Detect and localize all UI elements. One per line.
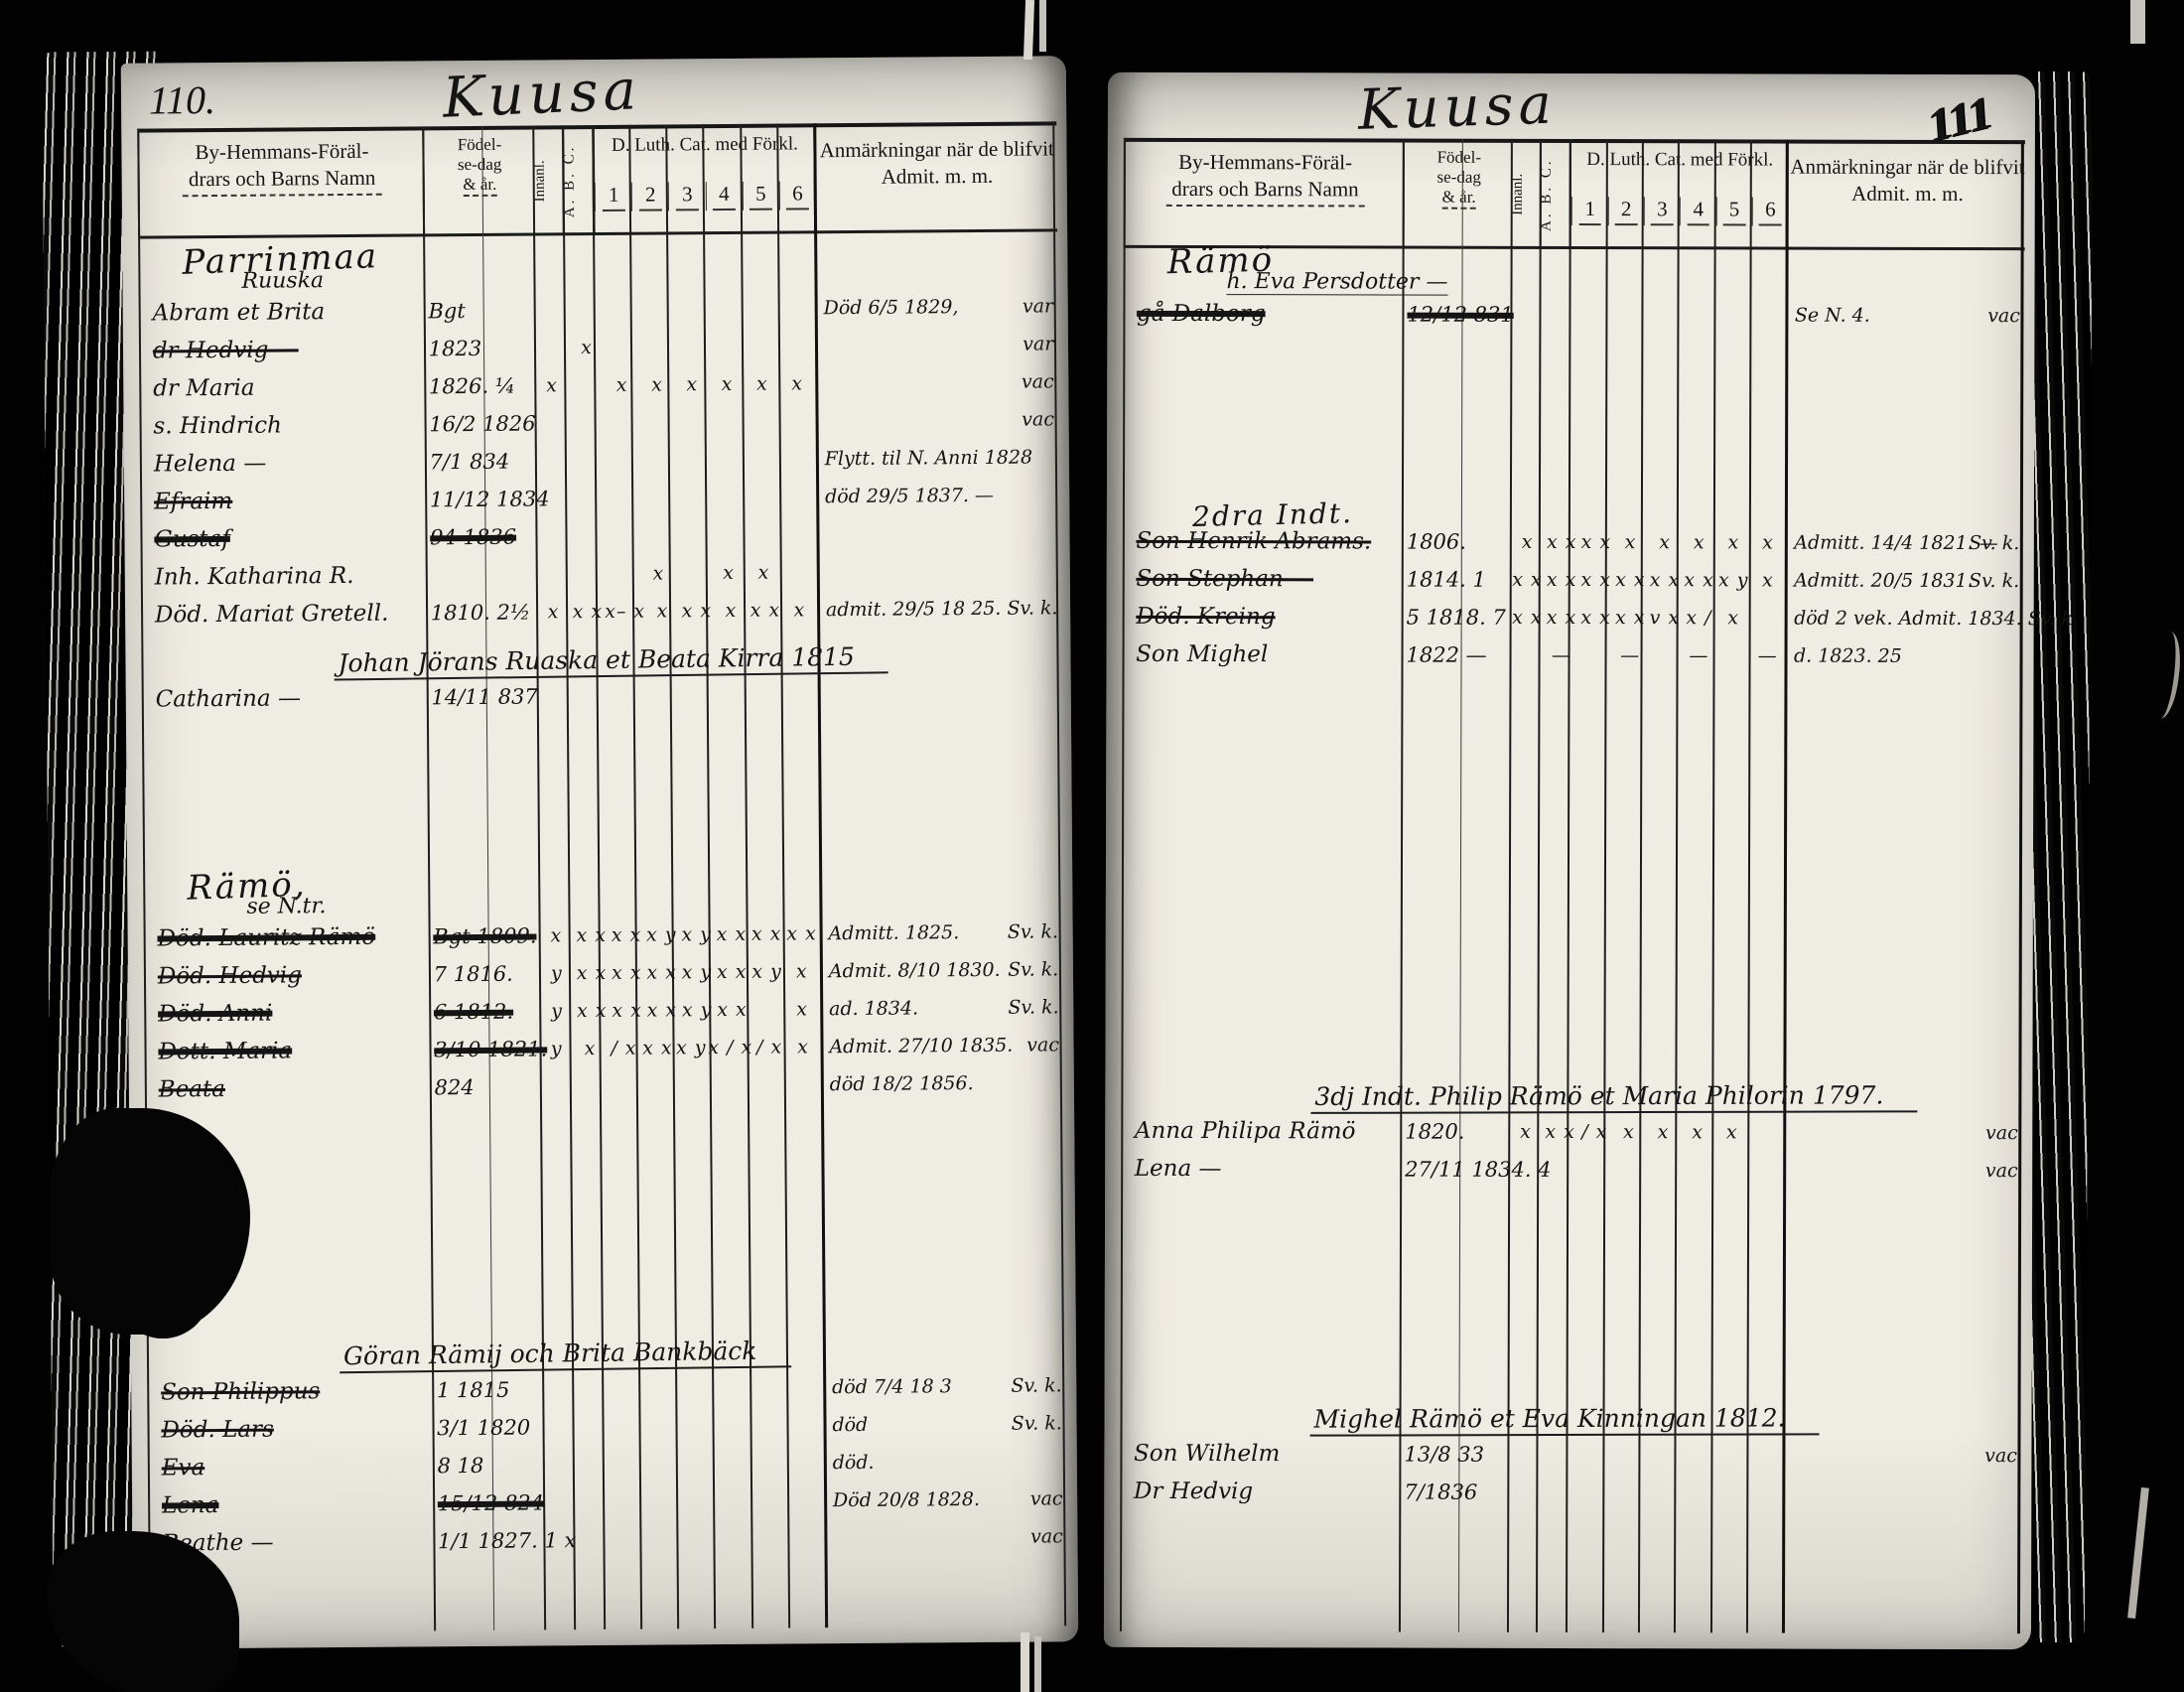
grade-mark: y: [540, 1030, 574, 1067]
grade-mark: x: [711, 554, 747, 592]
grade-column-number: 5: [1715, 197, 1751, 225]
grade-mark: x: [1751, 561, 1786, 599]
grade-mark: x: [1681, 1113, 1715, 1151]
catechism-grade-numbers: 123456: [595, 171, 816, 220]
grade-mark: x x: [1578, 599, 1613, 636]
grade-mark: [779, 327, 815, 364]
grade-mark: x x: [714, 953, 750, 991]
birthdate-cell: 13/8 33: [1404, 1436, 1508, 1474]
grade-mark: x: [710, 365, 746, 403]
grade-mark: [676, 554, 712, 592]
record-row: Catharina —14/11 837: [142, 673, 1061, 718]
grade-mark: / x: [607, 1030, 640, 1067]
grade-mark: x: [1646, 1113, 1681, 1151]
family-block-ramij: Göran Rämij och Brita Bankbäck Son Phili…: [147, 1335, 1068, 1562]
name-cell: Son Mighel: [1136, 635, 1397, 674]
name-cell: Död. Lars: [161, 1409, 428, 1449]
name-cell: Inh. Katharina R.: [155, 556, 422, 596]
grade-marks: yx xx xx xx yx xx: [539, 990, 820, 1030]
grade-mark: x x: [1613, 599, 1648, 636]
grade-mark: x x: [644, 953, 680, 991]
name-cell: Lena —: [1135, 1150, 1396, 1189]
remark-margin-cell: vac: [1022, 400, 1054, 438]
name-cell: dr Hedvig —: [153, 330, 420, 369]
grade-mark: [639, 328, 675, 365]
remark-cell: Flytt. til N. Anni 1828: [825, 438, 1055, 478]
grade-mark: x x: [1545, 523, 1579, 561]
grade-mark: x y: [1716, 561, 1751, 599]
gutter-page-edge-bottom: [1034, 1636, 1041, 1692]
grade-mark: [605, 329, 640, 366]
grade-mark: x x: [610, 954, 645, 992]
grade-mark: x: [645, 592, 680, 630]
grade-mark: [781, 553, 817, 591]
remark-cell: admit. 29/5 18 25. Sv. k.: [826, 589, 1056, 629]
record-row: Son Wilhelm13/8 33vac: [1120, 1435, 2021, 1475]
thumb-shadow-tip: [115, 1243, 210, 1339]
grade-mark: x x: [784, 915, 820, 952]
grade-mark: x: [675, 365, 711, 403]
grade-marks: xx xx– xxx xxx xx: [536, 591, 817, 631]
grade-mark: x x: [714, 916, 750, 953]
grade-mark: x: [569, 329, 605, 366]
grade-mark: —: [1682, 636, 1716, 674]
name-cell: Helena —: [154, 443, 421, 483]
name-cell: Son Wilhelm: [1134, 1435, 1395, 1474]
grade-mark: x: [1751, 523, 1786, 561]
family-heading: Mighel Rämö et Eva Kinningan 1812.: [1309, 1403, 1819, 1436]
grade-mark: x x: [1510, 561, 1545, 599]
grade-mark: —: [1545, 636, 1579, 674]
grade-marks: ————: [1510, 636, 1785, 675]
remark-margin-cell: var: [1023, 287, 1053, 325]
name-cell: Anna Philipa Rämö: [1135, 1112, 1396, 1151]
grade-column-number: 3: [668, 182, 705, 211]
scanned-parish-register-photo: 110. Kuusa By-Hemmans-Föräl- drars och B…: [0, 0, 2184, 1692]
name-cell: Son Philippus: [161, 1371, 428, 1411]
remark-margin-cell: Sv. k.: [1011, 1366, 1061, 1404]
grade-mark: [536, 555, 572, 593]
remark-margin-cell: vac: [1030, 1480, 1063, 1517]
name-cell: Lena: [162, 1484, 429, 1524]
grade-mark: [1750, 599, 1785, 636]
grade-mark: —: [1750, 636, 1785, 674]
col-header-names: By-Hemmans-Föräl- drars och Barns Namn: [1124, 142, 1406, 246]
remark-cell: d. 1823. 25: [1794, 637, 2019, 676]
remark-margin-cell: vac: [1026, 1026, 1059, 1063]
grade-mark: x x: [1543, 1113, 1577, 1151]
birthdate-cell: Bgt: [428, 292, 534, 331]
grade-mark: x: [747, 554, 782, 592]
grade-mark: [606, 555, 641, 593]
edge-mark: [2147, 631, 2184, 721]
birthdate-cell: 7/1 834: [429, 442, 535, 481]
grade-mark: x x: [610, 992, 645, 1030]
grade-mark: x / x: [708, 1029, 752, 1066]
remark-margin-cell: Sv. k.: [1008, 950, 1058, 988]
grade-mark: x x: [1510, 599, 1545, 636]
birthdate-cell: 1826. ¼: [429, 367, 535, 406]
record-row: Son Stephan —1814. 1x xx xx xx xx xx xx …: [1123, 560, 2024, 600]
birthdate-cell: 1/1 1827. 1 x: [438, 1521, 544, 1560]
grade-mark: x x: [1545, 599, 1579, 636]
remark-margin-cell: vac: [1022, 362, 1054, 400]
grade-column-number: 3: [1644, 197, 1680, 225]
grade-column-number: 4: [705, 181, 742, 210]
col-header-birth: Födel- se-dag & år.: [422, 129, 535, 233]
grade-mark: y: [539, 992, 575, 1030]
family-block-philip: 3dj Indt. Philip Rämö et Maria Philorin …: [1121, 1080, 2022, 1190]
family-heading: 3dj Indt. Philip Rämö et Maria Philorin …: [1310, 1080, 1917, 1114]
grade-mark: x x: [640, 1029, 674, 1066]
grade-mark: x /: [1682, 599, 1716, 636]
grade-mark: x: [605, 366, 640, 404]
grade-marks: xxx: [536, 553, 817, 593]
gutter-page-edge-top: [1039, 0, 1046, 52]
household-block-2: 2dra Indt. Son Henrik Abrams.1806.xx xx …: [1122, 490, 2023, 675]
grade-mark: x: [1612, 1113, 1647, 1151]
record-row: Lena —27/11 1834. 4vac: [1121, 1150, 2022, 1190]
grade-mark: x: [1682, 523, 1716, 561]
record-row: Anna Philipa Rämö1820.xx x/ xxxxxvac: [1121, 1112, 2022, 1152]
grade-marks: x: [534, 327, 815, 366]
grade-mark: x: [536, 593, 571, 631]
name-cell: Catharina —: [156, 678, 423, 718]
remark-margin-cell: Sv. k.: [1012, 1404, 1062, 1442]
name-cell: s. Hindrich: [153, 405, 420, 445]
grade-mark: x x: [1613, 561, 1648, 599]
page-title-right: Kuusa: [1357, 71, 1558, 142]
record-row: Dr Hedvig7/1836: [1120, 1473, 2021, 1512]
village-block-ramo: Rämö, se N.tr. Död. Lauritz RämöBgt 1809…: [143, 850, 1064, 1108]
birthdate-cell: 7/1836: [1404, 1474, 1508, 1511]
birthdate-cell: 1820.: [1405, 1113, 1509, 1151]
remark-cell: Se N. 4.: [1795, 297, 2020, 336]
grade-mark: x x: [1648, 561, 1683, 599]
grade-mark: x: [539, 916, 575, 954]
grade-marks: x xx xx xx xv xx /x: [1510, 599, 1785, 637]
grade-mark: [674, 328, 710, 365]
grade-mark: x: [1509, 1113, 1544, 1151]
grade-mark: x: [534, 366, 570, 404]
grade-mark: x x: [644, 991, 680, 1029]
birthdate-cell: 12/12 831: [1407, 296, 1511, 334]
grade-mark: x x: [575, 992, 611, 1030]
birthdate-cell: 1822 —: [1407, 636, 1511, 674]
grade-mark: x x: [749, 592, 783, 630]
name-cell: Död. Hedvig: [158, 955, 425, 995]
name-cell: Abram et Brita: [152, 292, 419, 332]
remark-margin-cell: var: [1023, 325, 1053, 362]
record-row: Död. Mariat Gretell.1810. 2½xx xx– xxx x…: [141, 589, 1060, 634]
grade-mark: x: [573, 1030, 607, 1067]
grade-mark: x x: [715, 991, 751, 1029]
grade-mark: —: [1613, 636, 1648, 674]
col-header-abc: A. B. C.: [1540, 143, 1571, 246]
grade-mark: x y: [750, 953, 785, 991]
village-block-ramo-right: Rämö h. Eva Persdotter — gå Dalborg12/12…: [1123, 231, 2024, 335]
record-row: Son Mighel1822 —————d. 1823. 25: [1122, 635, 2023, 675]
name-cell: Död. Lauritz Rämö: [157, 917, 424, 957]
grade-mark: x– x: [605, 593, 645, 631]
birthdate-cell: 8 18: [437, 1446, 543, 1484]
grade-mark: x x: [1545, 561, 1579, 599]
name-cell: Eva: [162, 1447, 429, 1486]
grade-mark: x: [782, 591, 817, 629]
remark-cell: död 18/2 1856.: [830, 1063, 1060, 1103]
name-cell: Gustaf: [154, 518, 421, 558]
grade-marks: x xx xx xx xx xx xx yx: [1510, 561, 1785, 600]
grade-mark: x: [639, 365, 675, 403]
grade-mark: x: [1648, 523, 1683, 561]
birthdate-cell: 16/2 1826: [429, 404, 535, 443]
grade-marks: yx xx xx xx yx xx yx: [539, 952, 820, 992]
grade-mark: x: [745, 365, 780, 403]
birthdate-cell: 1806.: [1407, 523, 1511, 561]
grade-mark: x: [784, 990, 820, 1028]
grade-mark: [534, 329, 570, 366]
name-cell: Efraim: [154, 481, 421, 520]
grade-mark: x x: [1682, 561, 1716, 599]
grade-mark: / x: [752, 1029, 786, 1066]
grade-marks: xx xx xxxxxx: [1510, 523, 1785, 562]
name-cell: gå Dalborg: [1137, 295, 1398, 334]
family-heading: Göran Rämij och Brita Bankbäck: [340, 1336, 791, 1373]
birthdate-cell: 11/12 1834: [430, 480, 536, 518]
birthdate-cell: 1823: [429, 330, 535, 368]
gutter-page-edge-bottom: [1021, 1632, 1029, 1692]
grade-mark: x y: [679, 953, 715, 991]
grade-mark: x x: [1578, 561, 1613, 599]
grade-column-number: 2: [631, 182, 668, 211]
remark-margin-cell: vac: [1987, 297, 2020, 335]
remark-margin-cell: vac: [1030, 1517, 1063, 1555]
family-block-mighel: Mighel Rämö et Eva Kinningan 1812. Son W…: [1120, 1403, 2021, 1512]
birthdate-cell: Bgt 1809.: [433, 916, 539, 955]
grade-marks: yx/ xx xx yx / x/ xx: [540, 1028, 821, 1067]
grade-mark: [1578, 636, 1613, 674]
grade-mark: x: [1510, 523, 1545, 561]
remark-margin-cell: vac: [1985, 1152, 2018, 1190]
birthdate-cell: 5 1818. 7: [1407, 599, 1511, 636]
grade-mark: x x: [749, 916, 784, 953]
remark-cell: död.: [833, 1442, 1063, 1481]
grade-mark: [1647, 636, 1682, 674]
remark-cell: Admit. 27/10 1835.: [829, 1026, 1059, 1065]
remark-margin-cell: vac: [1985, 1114, 2018, 1152]
birthdate-cell: 1 1815: [437, 1370, 543, 1409]
grade-mark: [710, 328, 746, 365]
name-cell: dr Maria: [153, 367, 420, 407]
edge-mark: [2127, 1487, 2149, 1619]
grade-mark: [1716, 636, 1751, 674]
birthdate-cell: 14/11 837: [431, 677, 537, 716]
grade-mark: [750, 991, 785, 1029]
birthdate-cell: 6 1812.: [434, 992, 540, 1031]
birthdate-cell: 3/10 1821.: [434, 1030, 540, 1068]
grade-mark: x: [786, 1028, 820, 1065]
grade-mark: [571, 555, 607, 593]
grade-mark: x: [784, 952, 820, 990]
remark-margin-cell: vac: [1984, 1437, 2017, 1475]
grade-mark: x y: [679, 916, 715, 953]
grade-mark: v x: [1648, 599, 1683, 636]
record-row: Beathe —1/1 1827. 1 xvac: [148, 1517, 1067, 1562]
edge-mark: [2130, 0, 2145, 44]
birthdate-cell: 94 1836: [430, 517, 536, 556]
grade-mark: x x: [574, 954, 610, 992]
birthdate-cell: 7 1816.: [433, 954, 539, 993]
grade-mark: x y: [644, 916, 680, 953]
birthdate-cell: 1810. 2½: [431, 593, 537, 632]
grade-mark: [1510, 636, 1545, 674]
grade-mark: [570, 366, 606, 404]
grade-mark: x: [1613, 523, 1648, 561]
gutter-page-edge-top: [1024, 0, 1034, 60]
name-cell: Dr Hedvig: [1134, 1473, 1395, 1511]
remark-margin-cell: Sv. k.: [1008, 913, 1058, 950]
grade-column-number: 6: [778, 181, 815, 210]
grade-mark: / x: [1577, 1113, 1612, 1151]
grade-mark: x: [1716, 523, 1751, 561]
name-cell: Död. Mariat Gretell.: [155, 594, 422, 634]
grade-column-number: 5: [742, 181, 778, 210]
name-cell: Död. Anni: [158, 993, 425, 1033]
record-row: Beata824död 18/2 1856.: [145, 1063, 1064, 1108]
page-left: 110. Kuusa By-Hemmans-Föräl- drars och B…: [121, 56, 1079, 1648]
record-row: gå Dalborg12/12 831Se N. 4.vac: [1123, 295, 2024, 335]
name-cell: Beata: [159, 1068, 426, 1108]
remark-cell: Död 20/8 1828.: [833, 1480, 1063, 1519]
col-header-abc: A. B. C.: [562, 129, 595, 232]
page-title-left: Kuusa: [441, 58, 641, 130]
birthdate-cell: 3/1 1820: [437, 1408, 543, 1447]
grade-mark: y: [539, 954, 575, 992]
col-header-reading: Innanl.: [532, 129, 564, 232]
grade-mark: x: [1716, 599, 1751, 636]
grade-mark: [745, 328, 780, 365]
remark-cell: död 2 vek. Admit. 1834. Sv. k.: [1794, 600, 2019, 638]
grade-column-number: 2: [1607, 197, 1643, 225]
name-cell: Dott. Maria: [158, 1031, 425, 1070]
record-row: Död. Kreing5 1818. 7x xx xx xx xv xx /xd…: [1123, 598, 2024, 637]
grade-mark: x x: [609, 916, 644, 954]
birthdate-cell: 15/12 824: [438, 1483, 544, 1522]
grade-mark: x x: [571, 593, 606, 631]
grade-mark: x y: [679, 991, 715, 1029]
page-right: 111 Kuusa By-Hemmans-Föräl- drars och Ba…: [1104, 72, 2035, 1649]
grade-mark: x: [641, 554, 677, 592]
grade-mark: x x: [680, 592, 715, 630]
family-block-ruaska: Johan Jörans Ruaska et Beata Kirra 1815 …: [141, 641, 1061, 718]
grade-column-number: 4: [1680, 197, 1715, 225]
col-header-catechism: D. Luth. Cat. med Förkl. 123456: [593, 127, 816, 232]
birthdate-cell: 824: [434, 1067, 540, 1106]
birthdate-cell: 1814. 1: [1407, 561, 1511, 599]
grade-column-number: 6: [1752, 197, 1788, 225]
grade-mark: x x: [574, 916, 610, 954]
grade-mark: x: [779, 364, 815, 402]
remark-margin-cell: Sv. k.: [1969, 562, 2019, 600]
page-number-left: 110.: [149, 76, 215, 124]
name-cell: Död. Kreing: [1136, 598, 1397, 636]
remark-cell: Död 6/5 1829,: [823, 287, 1053, 327]
name-cell: Son Stephan —: [1136, 560, 1397, 599]
birthdate-cell: 27/11 1834. 4: [1405, 1151, 1509, 1189]
grade-marks: xxxxxxx: [534, 364, 815, 404]
grade-mark: x: [1714, 1113, 1749, 1151]
grade-mark: x y: [674, 1029, 708, 1066]
col-header-names: By-Hemmans-Föräl- drars och Barns Namn: [137, 130, 425, 235]
remark-margin-cell: Sv. k.: [1008, 988, 1058, 1026]
grade-mark: x x: [1578, 523, 1613, 561]
grade-mark: [1749, 1113, 1784, 1151]
grade-column-number: 1: [1571, 197, 1607, 225]
grade-mark: x: [714, 592, 749, 630]
name-cell: Son Henrik Abrams.: [1136, 522, 1397, 561]
village-block-parrinmaa: Parrinmaa Ruuska Abram et BritaBgtDöd 6/…: [138, 224, 1060, 634]
remark-margin-cell: Sv. k.: [1969, 524, 2019, 562]
col-header-birth: Födel- se-dag & år.: [1403, 143, 1513, 246]
grade-column-number: 1: [595, 182, 631, 211]
record-row: Son Henrik Abrams.1806.xx xx xxxxxxAdmit…: [1123, 522, 2024, 562]
grade-marks: xx xx xx yx yx xx xx x: [539, 915, 820, 954]
remark-cell: död 29/5 1837. —: [825, 476, 1055, 515]
grade-marks: xx x/ xxxxx: [1509, 1113, 1784, 1152]
